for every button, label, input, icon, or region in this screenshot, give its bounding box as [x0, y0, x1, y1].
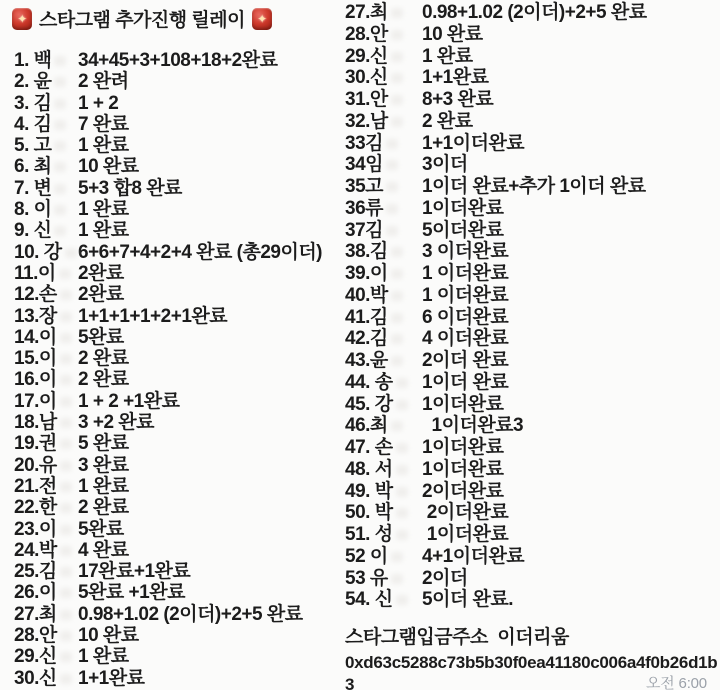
item-progress-value: 2완료 — [78, 284, 124, 305]
list-item: 1. 백 34+45+3+108+18+2완료 — [14, 50, 346, 71]
firecracker-icon: ✦ — [252, 8, 272, 30]
redacted-name-blur — [60, 525, 72, 535]
redacted-name-blur — [391, 574, 403, 584]
item-number-name: 23.이 — [14, 519, 78, 540]
redacted-name-blur — [386, 204, 398, 214]
redacted-name-blur — [54, 162, 66, 172]
item-progress-value: 10 완료 — [422, 24, 483, 46]
redacted-name-blur — [391, 421, 403, 431]
list-item: 54. 신 5이더 완료. — [345, 589, 719, 611]
item-number-name: 27.최 — [345, 2, 422, 24]
list-item: 42.김 4 이더완료 — [345, 328, 719, 350]
item-number-name: 38.김 — [345, 241, 422, 263]
list-item: 39.이 1 이더완료 — [345, 263, 719, 285]
item-progress-value: 2 완료 — [78, 369, 129, 390]
item-number-name: 19.권 — [14, 433, 78, 454]
item-number-name: 33김 — [345, 133, 422, 155]
list-item: 17.이 1 + 2 +1완료 — [14, 391, 346, 412]
list-item: 9. 신 1 완료 — [14, 220, 346, 241]
list-item: 33김 1+1이더완료 — [345, 133, 719, 155]
list-item: 49. 박 2이더완료 — [345, 481, 719, 503]
list-item: 30.신 1+1완료 — [14, 668, 346, 689]
item-progress-value: 17완료+1완료 — [78, 561, 190, 582]
item-progress-value: 5이더완료 — [422, 220, 503, 242]
redacted-name-blur — [60, 567, 72, 577]
firecracker-star-glyph: ✦ — [257, 13, 267, 25]
item-progress-value: 1+1+1+1+2+1완료 — [78, 306, 227, 327]
list-item: 45. 강 1이더완료 — [345, 394, 719, 416]
redacted-name-blur — [54, 141, 66, 151]
redacted-name-blur — [60, 546, 72, 556]
list-item: 43.윤 2이더 완료 — [345, 350, 719, 372]
list-item: 4. 김 7 완료 — [14, 114, 346, 135]
list-item: 20.유 3 완료 — [14, 455, 346, 476]
list-item: 44. 송 1이더 완료 — [345, 372, 719, 394]
redacted-name-blur — [396, 508, 408, 518]
redacted-name-blur — [391, 52, 403, 62]
item-number-name: 2. 윤 — [14, 71, 78, 92]
item-progress-value: 1이더 완료+추가 1이더 완료 — [422, 176, 646, 198]
item-progress-value: 4 완료 — [78, 540, 129, 561]
list-item: 29.신 1 완료 — [14, 646, 346, 667]
item-progress-value: 3이더 — [422, 154, 468, 176]
list-item: 2. 윤 2 완려 — [14, 71, 346, 92]
title-text: 스타그램 추가진행 릴레이 — [39, 5, 245, 32]
item-progress-value: 2 완료 — [78, 497, 129, 518]
redacted-name-blur — [65, 248, 77, 258]
item-number-name: 20.유 — [14, 455, 78, 476]
item-progress-value: 2 완려 — [78, 71, 129, 92]
redacted-name-blur — [60, 375, 72, 385]
item-progress-value: 1 이더완료 — [422, 263, 508, 285]
list-item: 11.이 2완료 — [14, 263, 346, 284]
redacted-name-blur — [391, 313, 403, 323]
item-progress-value: 1 완료 — [78, 476, 129, 497]
redacted-name-blur — [54, 56, 66, 66]
item-number-name: 22.한 — [14, 497, 78, 518]
item-number-name: 26.이 — [14, 582, 78, 603]
item-number-name: 45. 강 — [345, 394, 422, 416]
redacted-name-blur — [391, 247, 403, 257]
item-number-name: 41.김 — [345, 307, 422, 329]
list-item: 19.권 5 완료 — [14, 433, 346, 454]
item-progress-value: 2이더 — [422, 568, 468, 590]
item-number-name: 15.이 — [14, 348, 78, 369]
item-number-name: 30.신 — [14, 668, 78, 689]
redacted-name-blur — [54, 205, 66, 215]
item-progress-value: 1이더완료 — [422, 437, 503, 459]
redacted-name-blur — [60, 482, 72, 492]
redacted-name-blur — [396, 443, 408, 453]
redacted-name-blur — [60, 652, 72, 662]
item-number-name: 27.최 — [14, 604, 78, 625]
firecracker-star-glyph: ✦ — [17, 13, 27, 25]
list-item: 41.김 6 이더완료 — [345, 307, 719, 329]
item-number-name: 49. 박 — [345, 481, 422, 503]
redacted-name-blur — [391, 552, 403, 562]
item-progress-value: 2이더완료 — [422, 481, 503, 503]
list-item: 52 이 4+1이더완료 — [345, 546, 719, 568]
list-item: 29.신 1 완료 — [345, 46, 719, 68]
redacted-name-blur — [396, 530, 408, 540]
item-number-name: 16.이 — [14, 369, 78, 390]
list-item: 12.손 2완료 — [14, 284, 346, 305]
item-number-name: 28.안 — [345, 24, 422, 46]
list-item: 46.최 1이더완료3 — [345, 415, 719, 437]
redacted-name-blur — [60, 610, 72, 620]
item-number-name: 43.윤 — [345, 350, 422, 372]
list-item: 21.전 1 완료 — [14, 476, 346, 497]
list-item: 26.이 5완료 +1완료 — [14, 582, 346, 603]
redacted-name-blur — [386, 160, 398, 170]
item-progress-value: 1 완료 — [422, 46, 473, 68]
item-progress-value: 1+1이더완료 — [422, 133, 524, 155]
item-progress-value: 1이더완료 — [422, 394, 503, 416]
item-number-name: 35고 — [345, 176, 422, 198]
item-number-name: 51. 성 — [345, 524, 422, 546]
item-number-name: 13.장 — [14, 306, 78, 327]
item-number-name: 10. 강 — [14, 242, 78, 263]
list-item: 18.남 3 +2 완료 — [14, 412, 346, 433]
redacted-name-blur — [54, 226, 66, 236]
item-progress-value: 0.98+1.02 (2이더)+2+5 완료 — [422, 2, 647, 24]
item-progress-value: 6 이더완료 — [422, 307, 508, 329]
item-progress-value: 4+1이더완료 — [422, 546, 524, 568]
redacted-name-blur — [60, 439, 72, 449]
item-progress-value: 6+6+7+4+2+4 완료 (총29이더) — [78, 242, 322, 263]
deposit-label: 스타그램입금주소 이더리움 — [345, 626, 719, 650]
item-progress-value: 1이더완료 — [422, 459, 503, 481]
list-item: 36류 1이더완료 — [345, 198, 719, 220]
redacted-name-blur — [60, 588, 72, 598]
list-item: 51. 성 1이더완료 — [345, 524, 719, 546]
redacted-name-blur — [396, 595, 408, 605]
list-item: 10. 강 6+6+7+4+2+4 완료 (총29이더) — [14, 242, 346, 263]
list-item: 50. 박 2이더완료 — [345, 502, 719, 524]
item-progress-value: 4 이더완료 — [422, 328, 508, 350]
redacted-name-blur — [54, 99, 66, 109]
item-progress-value: 1 완료 — [78, 646, 129, 667]
item-progress-value: 3 완료 — [78, 455, 129, 476]
item-number-name: 25.김 — [14, 561, 78, 582]
item-number-name: 5. 고 — [14, 135, 78, 156]
message-screenshot: ✦ 스타그램 추가진행 릴레이 ✦ 1. 백 34+45+3+108+18+2완… — [0, 0, 720, 690]
list-item: 13.장 1+1+1+1+2+1완료 — [14, 306, 346, 327]
item-progress-value: 1 + 2 +1완료 — [78, 391, 179, 412]
list-item: 15.이 2 완료 — [14, 348, 346, 369]
item-number-name: 28.안 — [14, 625, 78, 646]
redacted-name-blur — [386, 182, 398, 192]
redacted-name-blur — [391, 95, 403, 105]
item-progress-value: 1 + 2 — [78, 93, 118, 114]
list-item: 30.신 1+1완료 — [345, 67, 719, 89]
item-number-name: 34임 — [345, 154, 422, 176]
redacted-name-blur — [60, 461, 72, 471]
item-number-name: 29.신 — [345, 46, 422, 68]
item-number-name: 53 유 — [345, 568, 422, 590]
item-progress-value: 1 완료 — [78, 135, 129, 156]
item-progress-value: 3 +2 완료 — [78, 412, 154, 433]
list-item: 14.이 5완료 — [14, 327, 346, 348]
redacted-name-blur — [60, 631, 72, 641]
redacted-name-blur — [391, 269, 403, 279]
item-number-name: 54. 신 — [345, 589, 422, 611]
list-item: 16.이 2 완료 — [14, 369, 346, 390]
item-number-name: 39.이 — [345, 263, 422, 285]
redacted-name-blur — [60, 503, 72, 513]
item-number-name: 12.손 — [14, 284, 78, 305]
redacted-name-blur — [391, 334, 403, 344]
item-progress-value: 5이더 완료. — [422, 589, 513, 611]
list-item: 47. 손 1이더완료 — [345, 437, 719, 459]
list-item: 23.이 5완료 — [14, 519, 346, 540]
item-progress-value: 7 완료 — [78, 114, 129, 135]
redacted-name-blur — [391, 356, 403, 366]
item-number-name: 52 이 — [345, 546, 422, 568]
item-progress-value: 5+3 합8 완료 — [78, 178, 182, 199]
item-number-name: 17.이 — [14, 391, 78, 412]
redacted-name-blur — [396, 465, 408, 475]
item-progress-value: 1+1완료 — [422, 67, 488, 89]
item-progress-value: 1이더완료 — [422, 198, 503, 220]
item-progress-value: 5완료 +1완료 — [78, 582, 185, 603]
redacted-name-blur — [59, 269, 71, 279]
item-number-name: 4. 김 — [14, 114, 78, 135]
item-progress-value: 2 완료 — [422, 111, 473, 133]
item-number-name: 32.남 — [345, 111, 422, 133]
item-progress-value: 1이더완료3 — [422, 415, 523, 437]
list-item: 31.안 8+3 완료 — [345, 89, 719, 111]
item-number-name: 6. 최 — [14, 156, 78, 177]
item-number-name: 24.박 — [14, 540, 78, 561]
redacted-name-blur — [391, 8, 403, 18]
redacted-name-blur — [54, 120, 66, 130]
item-number-name: 42.김 — [345, 328, 422, 350]
redacted-name-blur — [396, 487, 408, 497]
item-progress-value: 2 완료 — [78, 348, 129, 369]
item-number-name: 1. 백 — [14, 50, 78, 71]
list-item: 37김 5이더완료 — [345, 220, 719, 242]
relay-list-column-right: 27.최 0.98+1.02 (2이더)+2+5 완료 28.안 10 완료 2… — [345, 2, 719, 611]
item-progress-value: 2이더완료 — [422, 502, 508, 524]
item-progress-value: 1+1완료 — [78, 668, 144, 689]
item-number-name: 3. 김 — [14, 93, 78, 114]
list-item: 24.박 4 완료 — [14, 540, 346, 561]
item-number-name: 50. 박 — [345, 502, 422, 524]
message-timestamp: 오전 6:00 — [646, 672, 707, 690]
item-progress-value: 10 완료 — [78, 625, 139, 646]
redacted-name-blur — [391, 117, 403, 127]
item-progress-value: 1 완료 — [78, 220, 129, 241]
item-number-name: 11.이 — [14, 263, 78, 284]
item-number-name: 21.전 — [14, 476, 78, 497]
item-number-name: 9. 신 — [14, 220, 78, 241]
redacted-name-blur — [60, 333, 72, 343]
item-number-name: 14.이 — [14, 327, 78, 348]
list-item: 3. 김 1 + 2 — [14, 93, 346, 114]
item-progress-value: 5완료 — [78, 519, 124, 540]
redacted-name-blur — [60, 290, 72, 300]
redacted-name-blur — [391, 73, 403, 83]
list-item: 32.남 2 완료 — [345, 111, 719, 133]
list-item: 22.한 2 완료 — [14, 497, 346, 518]
redacted-name-blur — [386, 139, 398, 149]
relay-list-column-left: 1. 백 34+45+3+108+18+2완료 2. 윤 2 완려 3. 김 1… — [14, 50, 346, 689]
list-item: 40.박 1 이더완료 — [345, 285, 719, 307]
list-item: 53 유 2이더 — [345, 568, 719, 590]
item-number-name: 44. 송 — [345, 372, 422, 394]
page-title: ✦ 스타그램 추가진행 릴레이 ✦ — [12, 5, 272, 32]
item-progress-value: 10 완료 — [78, 156, 139, 177]
redacted-name-blur — [60, 418, 72, 428]
redacted-name-blur — [386, 226, 398, 236]
redacted-name-blur — [60, 674, 72, 684]
item-number-name: 37김 — [345, 220, 422, 242]
firecracker-icon: ✦ — [12, 8, 32, 30]
redacted-name-blur — [60, 397, 72, 407]
item-progress-value: 3 이더완료 — [422, 241, 508, 263]
item-number-name: 40.박 — [345, 285, 422, 307]
list-item: 8. 이 1 완료 — [14, 199, 346, 220]
item-progress-value: 2이더 완료 — [422, 350, 508, 372]
item-progress-value: 1 이더완료 — [422, 285, 508, 307]
redacted-name-blur — [60, 312, 72, 322]
item-number-name: 31.안 — [345, 89, 422, 111]
item-progress-value: 5 완료 — [78, 433, 129, 454]
item-number-name: 18.남 — [14, 412, 78, 433]
list-item: 5. 고 1 완료 — [14, 135, 346, 156]
item-progress-value: 1이더 완료 — [422, 372, 508, 394]
item-progress-value: 34+45+3+108+18+2완료 — [78, 50, 277, 71]
list-item: 6. 최 10 완료 — [14, 156, 346, 177]
item-progress-value: 1이더완료 — [422, 524, 508, 546]
item-number-name: 29.신 — [14, 646, 78, 667]
list-item: 27.최 0.98+1.02 (2이더)+2+5 완료 — [14, 604, 346, 625]
item-progress-value: 8+3 완료 — [422, 89, 493, 111]
item-number-name: 36류 — [345, 198, 422, 220]
list-item: 7. 변 5+3 합8 완료 — [14, 178, 346, 199]
item-number-name: 48. 서 — [345, 459, 422, 481]
item-number-name: 8. 이 — [14, 199, 78, 220]
item-number-name: 30.신 — [345, 67, 422, 89]
list-item: 48. 서 1이더완료 — [345, 459, 719, 481]
list-item: 27.최 0.98+1.02 (2이더)+2+5 완료 — [345, 2, 719, 24]
redacted-name-blur — [54, 184, 66, 194]
redacted-name-blur — [54, 77, 66, 87]
redacted-name-blur — [391, 291, 403, 301]
list-item: 35고 1이더 완료+추가 1이더 완료 — [345, 176, 719, 198]
redacted-name-blur — [396, 378, 408, 388]
item-progress-value: 1 완료 — [78, 199, 129, 220]
redacted-name-blur — [391, 30, 403, 40]
redacted-name-blur — [60, 354, 72, 364]
item-progress-value: 0.98+1.02 (2이더)+2+5 완료 — [78, 604, 303, 625]
item-number-name: 47. 손 — [345, 437, 422, 459]
item-number-name: 7. 변 — [14, 178, 78, 199]
item-progress-value: 5완료 — [78, 327, 124, 348]
list-item: 28.안 10 완료 — [14, 625, 346, 646]
item-number-name: 46.최 — [345, 415, 422, 437]
redacted-name-blur — [396, 400, 408, 410]
list-item: 38.김 3 이더완료 — [345, 241, 719, 263]
item-progress-value: 2완료 — [78, 263, 124, 284]
list-item: 28.안 10 완료 — [345, 24, 719, 46]
list-item: 34임 3이더 — [345, 154, 719, 176]
list-item: 25.김 17완료+1완료 — [14, 561, 346, 582]
